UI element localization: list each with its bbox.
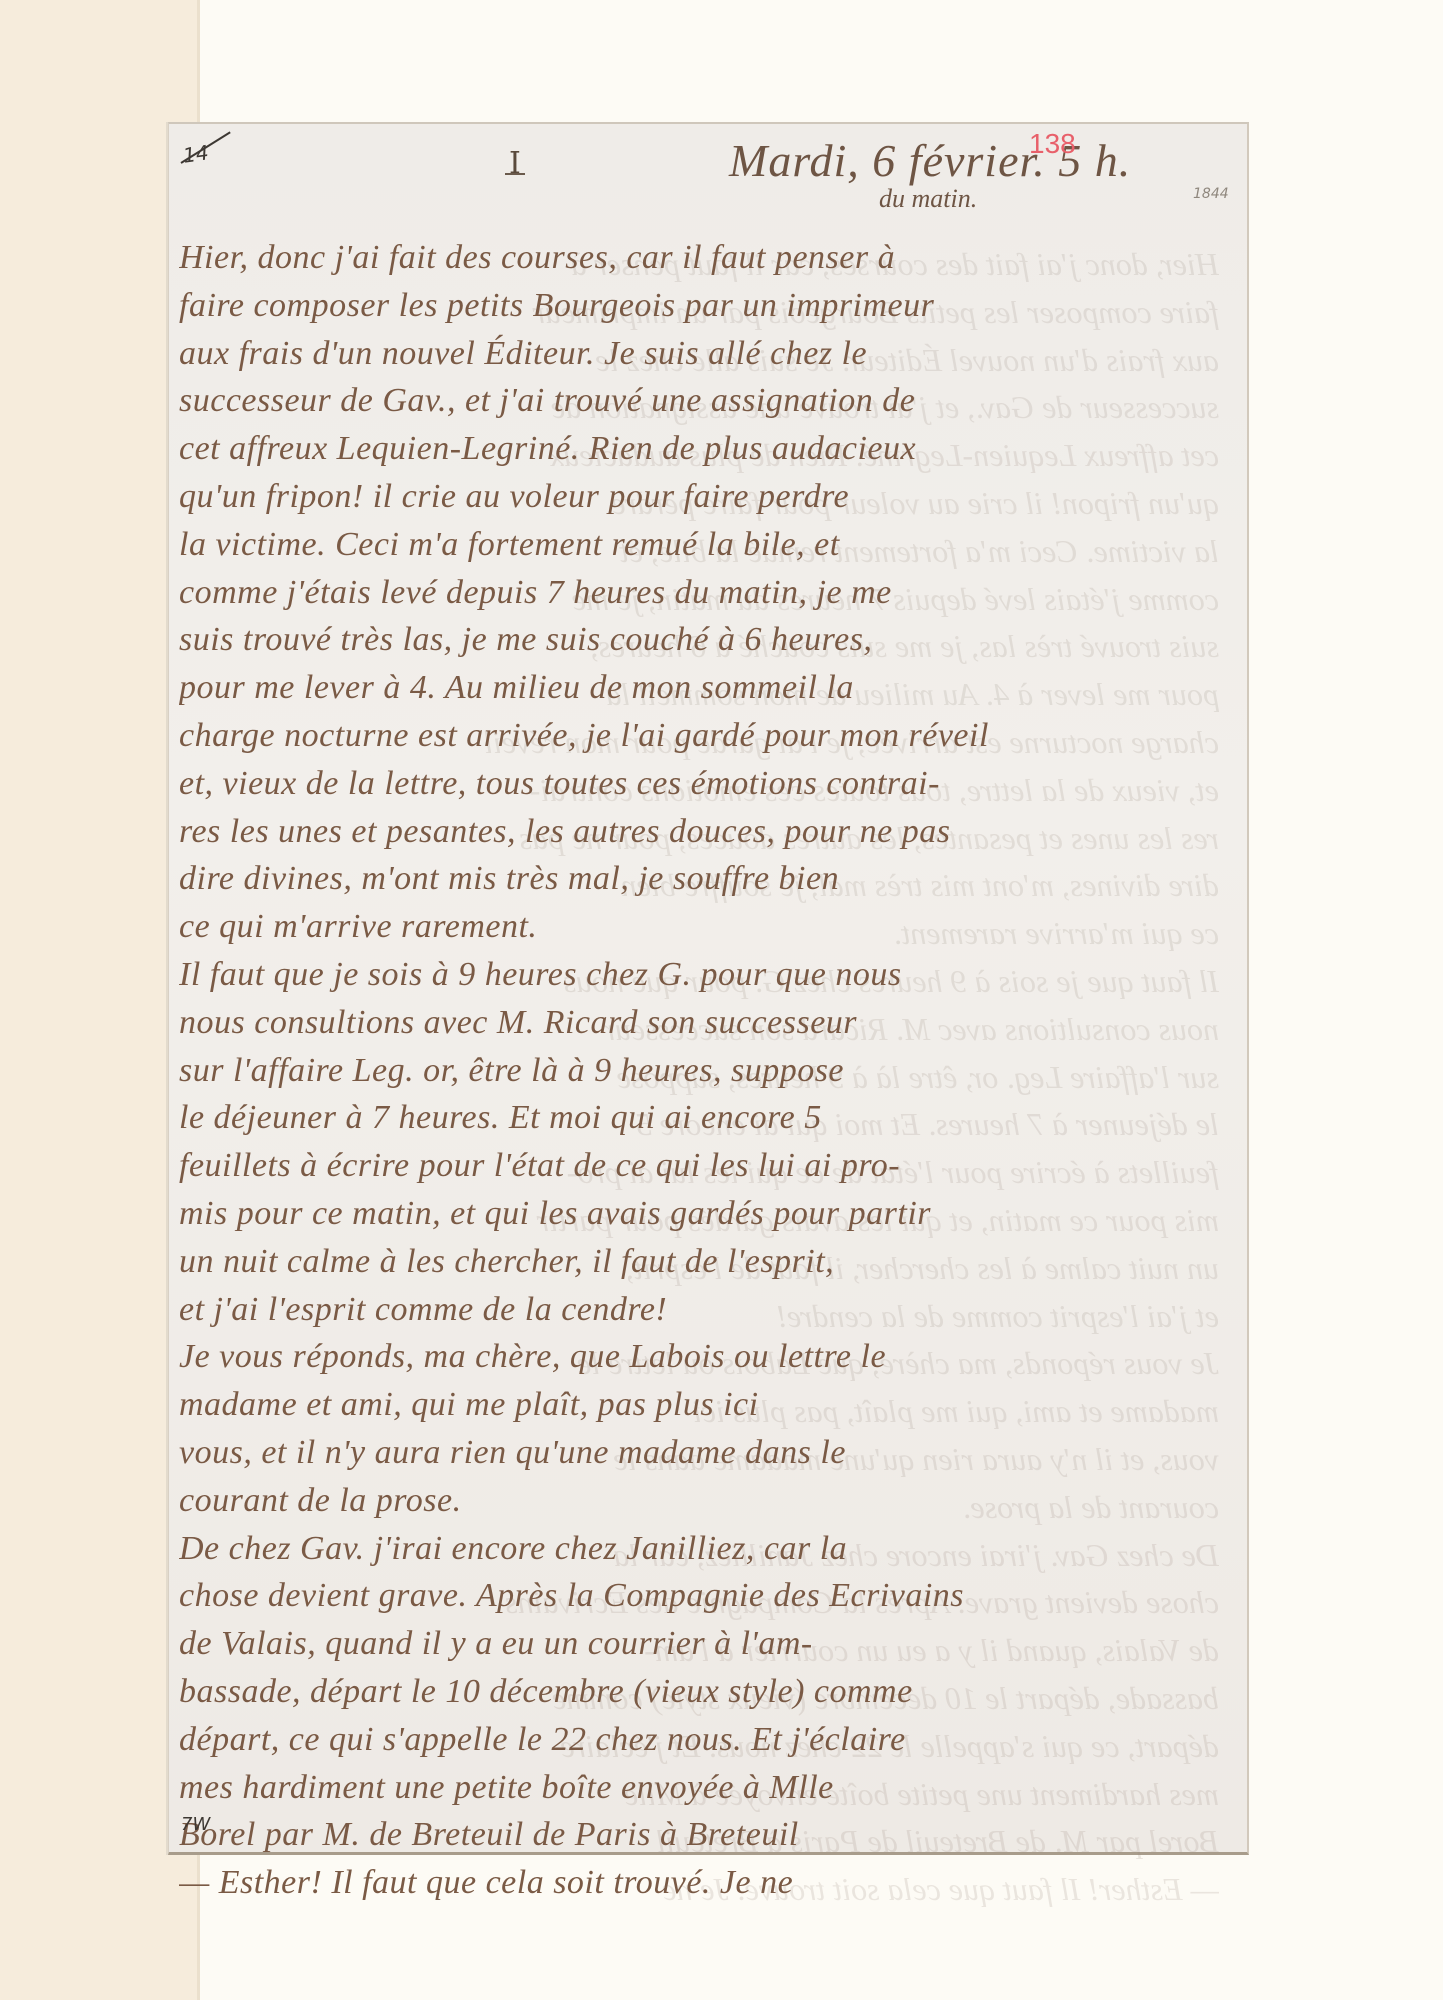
chapter-numeral: I: [509, 146, 521, 181]
archive-number-stamp: 138: [1029, 128, 1076, 160]
folio-number-bottom: 7W: [181, 1814, 210, 1835]
letter-sheet: 14 I Mardi, 6 février. 5 h. 138 1844 du …: [168, 122, 1249, 1855]
subdate: du matin.: [879, 184, 977, 214]
year-annotation: 1844: [1193, 186, 1229, 202]
handwritten-line: — Esther! Il faut que cela soit trouvé. …: [179, 1855, 1229, 1911]
